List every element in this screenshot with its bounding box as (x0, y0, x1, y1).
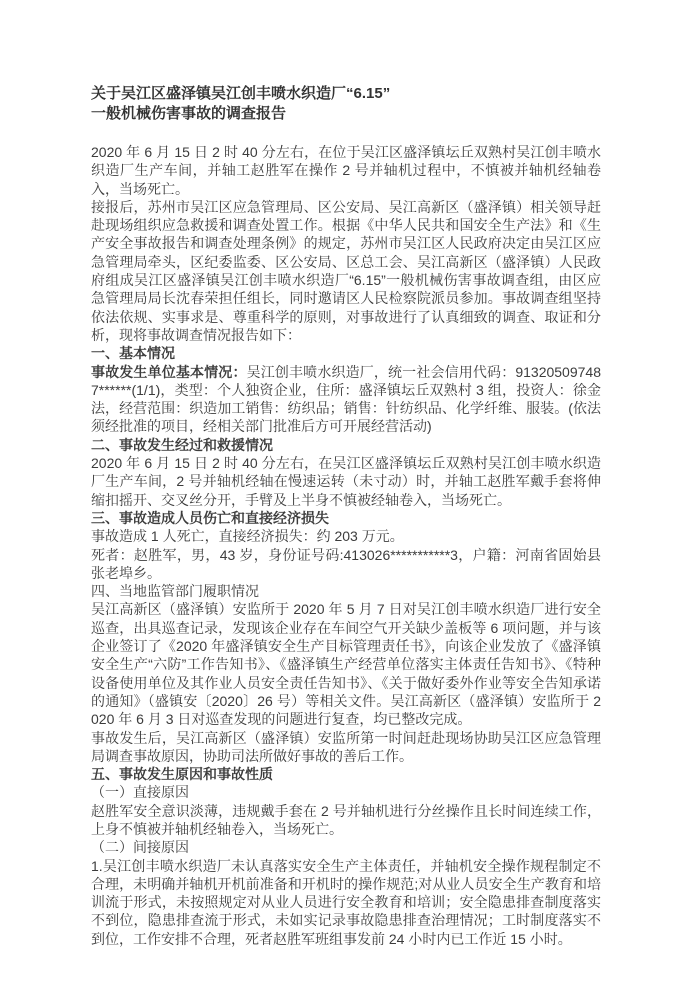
document-page: 关于吴江区盛泽镇吴江创丰喷水织造厂“6.15” 一般机械伤害事故的调查报告 20… (0, 0, 700, 989)
paragraph: 2020 年 6 月 15 日 2 时 40 分左右，在位于吴江区盛泽镇坛丘双熟… (91, 143, 601, 198)
section-heading: 三、事故造成人员伤亡和直接经济损失 (91, 509, 601, 527)
sub-heading: （一）直接原因 (91, 783, 601, 801)
title-spacer (91, 123, 601, 143)
section-heading: 二、事故发生经过和救援情况 (91, 436, 601, 454)
paragraph: 事故发生后，吴江高新区（盛泽镇）安监所第一时间赶赴现场协助吴江区应急管理局调查事… (91, 729, 601, 766)
section-heading: 一、基本情况 (91, 344, 601, 362)
paragraph: 2020 年 6 月 15 日 2 时 40 分左右，在吴江区盛泽镇坛丘双熟村吴… (91, 454, 601, 509)
section-heading: 五、事故发生原因和事故性质 (91, 765, 601, 783)
paragraph-lead: 事故发生单位基本情况： (91, 364, 247, 380)
paragraph: 事故造成 1 人死亡，直接经济损失：约 203 万元。 (91, 527, 601, 545)
report-title-line-2: 一般机械伤害事故的调查报告 (91, 104, 601, 124)
paragraph: 赵胜军安全意识淡薄，违规戴手套在 2 号并轴机进行分丝操作且长时间连续工作，上身… (91, 802, 601, 839)
paragraph: 死者：赵胜军，男，43 岁，身份证号码:413026***********3，户… (91, 546, 601, 583)
report-paragraphs: 2020 年 6 月 15 日 2 时 40 分左右，在位于吴江区盛泽镇坛丘双熟… (91, 143, 601, 948)
paragraph: 吴江高新区（盛泽镇）安监所于 2020 年 5 月 7 日对吴江创丰喷水织造厂进… (91, 600, 601, 728)
paragraph: 事故发生单位基本情况：吴江创丰喷水织造厂，统一社会信用代码：9132050974… (91, 363, 601, 436)
report-title-line-1: 关于吴江区盛泽镇吴江创丰喷水织造厂“6.15” (91, 84, 601, 104)
paragraph: 1.吴江创丰喷水织造厂未认真落实安全生产主体责任，并轴机安全操作规程制定不合理，… (91, 857, 601, 948)
sub-heading: （二）间接原因 (91, 838, 601, 856)
paragraph: 接报后，苏州市吴江区应急管理局、区公安局、吴江高新区（盛泽镇）相关领导赶赴现场组… (91, 198, 601, 344)
report-document: 关于吴江区盛泽镇吴江创丰喷水织造厂“6.15” 一般机械伤害事故的调查报告 20… (91, 84, 601, 948)
section-heading: 四、当地监管部门履职情况 (91, 582, 601, 600)
